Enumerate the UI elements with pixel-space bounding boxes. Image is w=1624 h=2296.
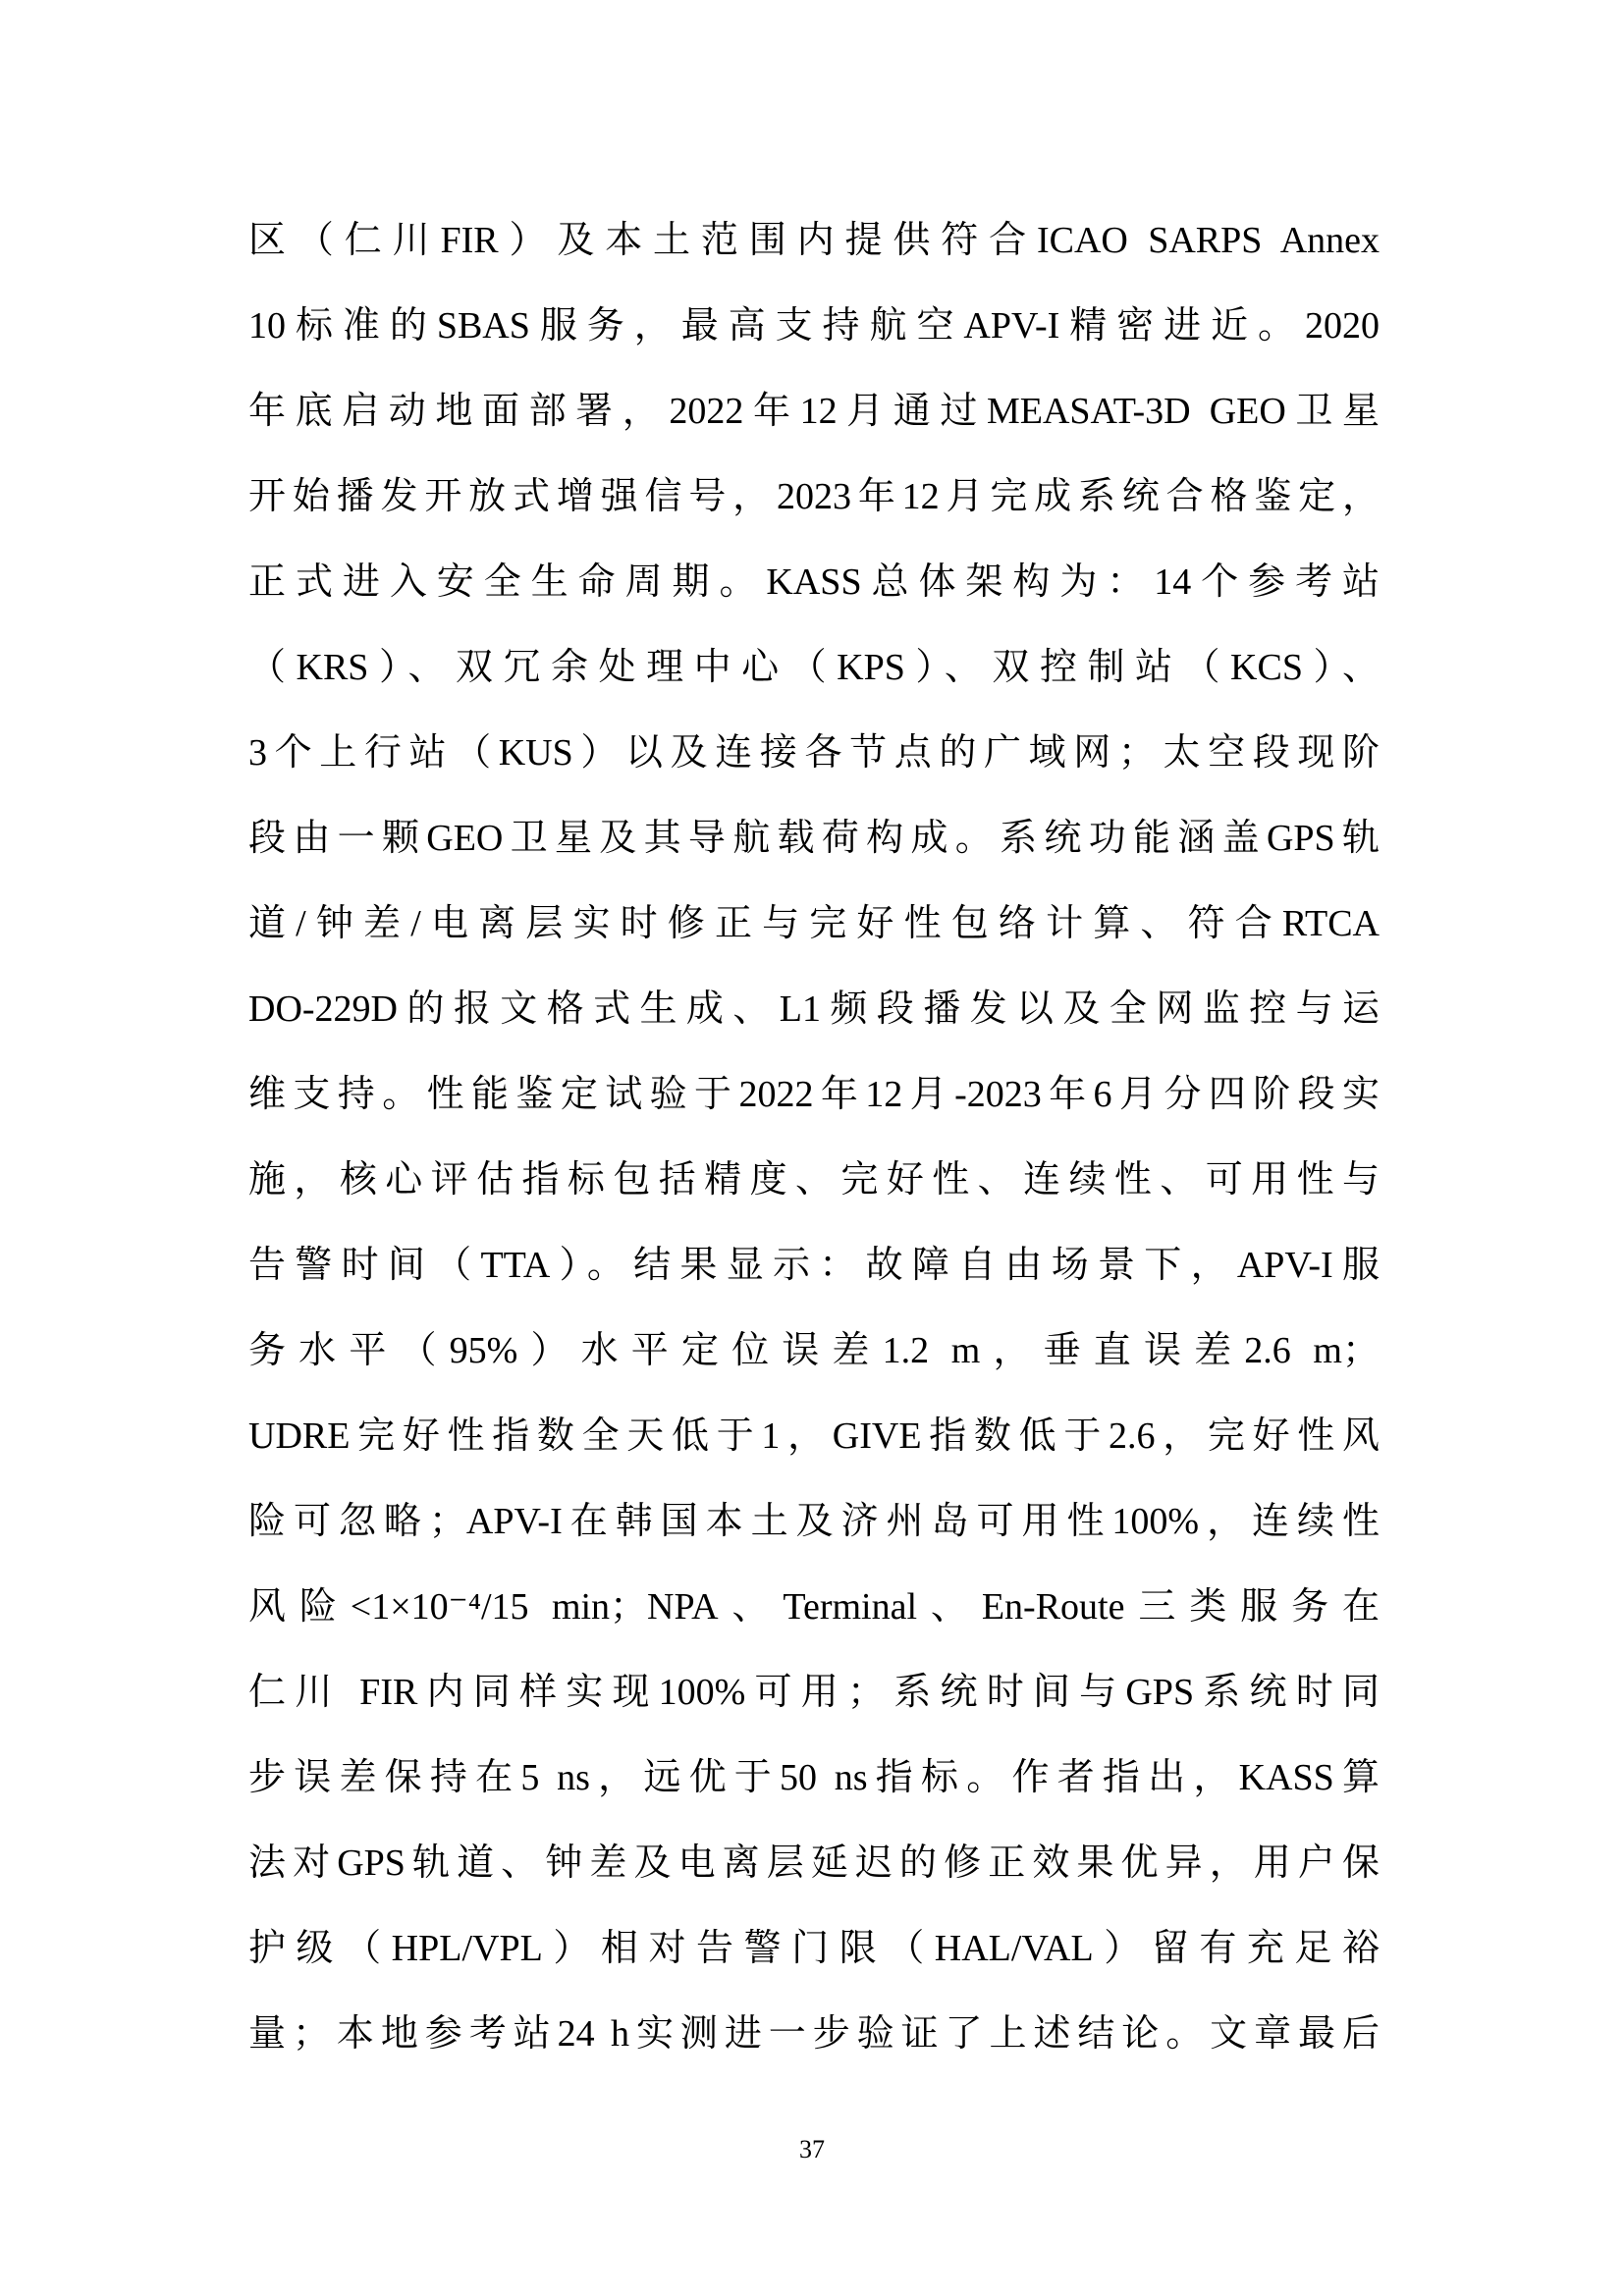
text-line: 道/钟差/电离层实时修正与完好性包络计算、符合RTCA xyxy=(248,881,1380,967)
text-line: 步误差保持在5 ns，远优于50 ns指标。作者指出，KASS算 xyxy=(248,1735,1380,1821)
page-number: 37 xyxy=(0,2132,1624,2167)
text-line: 维支持。性能鉴定试验于2022年12月-2023年6月分四阶段实 xyxy=(248,1052,1380,1138)
text-line: 区（仁川FIR）及本土范围内提供符合ICAO SARPS Annex xyxy=(248,198,1380,284)
text-line: 年底启动地面部署，2022年12月通过MEASAT-3D GEO卫星 xyxy=(248,369,1380,454)
text-line: 10标准的SBAS服务，最高支持航空APV-I精密进近。2020 xyxy=(248,284,1380,369)
text-line: 量；本地参考站24 h实测进一步验证了上述结论。文章最后 xyxy=(248,1992,1380,2077)
text-line: 法对GPS轨道、钟差及电离层延迟的修正效果优异，用户保 xyxy=(248,1821,1380,1906)
text-line: （KRS）、双冗余处理中心（KPS）、双控制站（KCS）、 xyxy=(248,625,1380,711)
text-line: 3个上行站（KUS）以及连接各节点的广域网；太空段现阶 xyxy=(248,711,1380,796)
text-line: DO-229D的报文格式生成、L1频段播发以及全网监控与运 xyxy=(248,967,1380,1052)
text-line: 告警时间（TTA）。结果显示：故障自由场景下，APV-I服 xyxy=(248,1223,1380,1308)
text-line: 风险<1×10⁻⁴/15 min；NPA、Terminal、En-Route三类… xyxy=(248,1565,1380,1650)
text-line: 施，核心评估指标包括精度、完好性、连续性、可用性与 xyxy=(248,1138,1380,1223)
text-line: UDRE完好性指数全天低于1，GIVE指数低于2.6，完好性风 xyxy=(248,1394,1380,1479)
text-line: 开始播发开放式增强信号，2023年12月完成系统合格鉴定， xyxy=(248,454,1380,540)
text-line: 务水平（95%）水平定位误差1.2 m，垂直误差2.6 m； xyxy=(248,1308,1380,1394)
text-line: 正式进入安全生命周期。KASS总体架构为：14个参考站 xyxy=(248,540,1380,625)
text-line: 险可忽略；APV-I在韩国本土及济州岛可用性100%，连续性 xyxy=(248,1479,1380,1565)
body-paragraph: 区（仁川FIR）及本土范围内提供符合ICAO SARPS Annex 10标准的… xyxy=(248,198,1380,2077)
document-page: 区（仁川FIR）及本土范围内提供符合ICAO SARPS Annex 10标准的… xyxy=(0,0,1624,2296)
text-line: 护级（HPL/VPL）相对告警门限（HAL/VAL）留有充足裕 xyxy=(248,1906,1380,1992)
text-line: 段由一颗GEO卫星及其导航载荷构成。系统功能涵盖GPS轨 xyxy=(248,796,1380,881)
text-line: 仁川 FIR内同样实现100%可用；系统时间与GPS系统时同 xyxy=(248,1650,1380,1735)
